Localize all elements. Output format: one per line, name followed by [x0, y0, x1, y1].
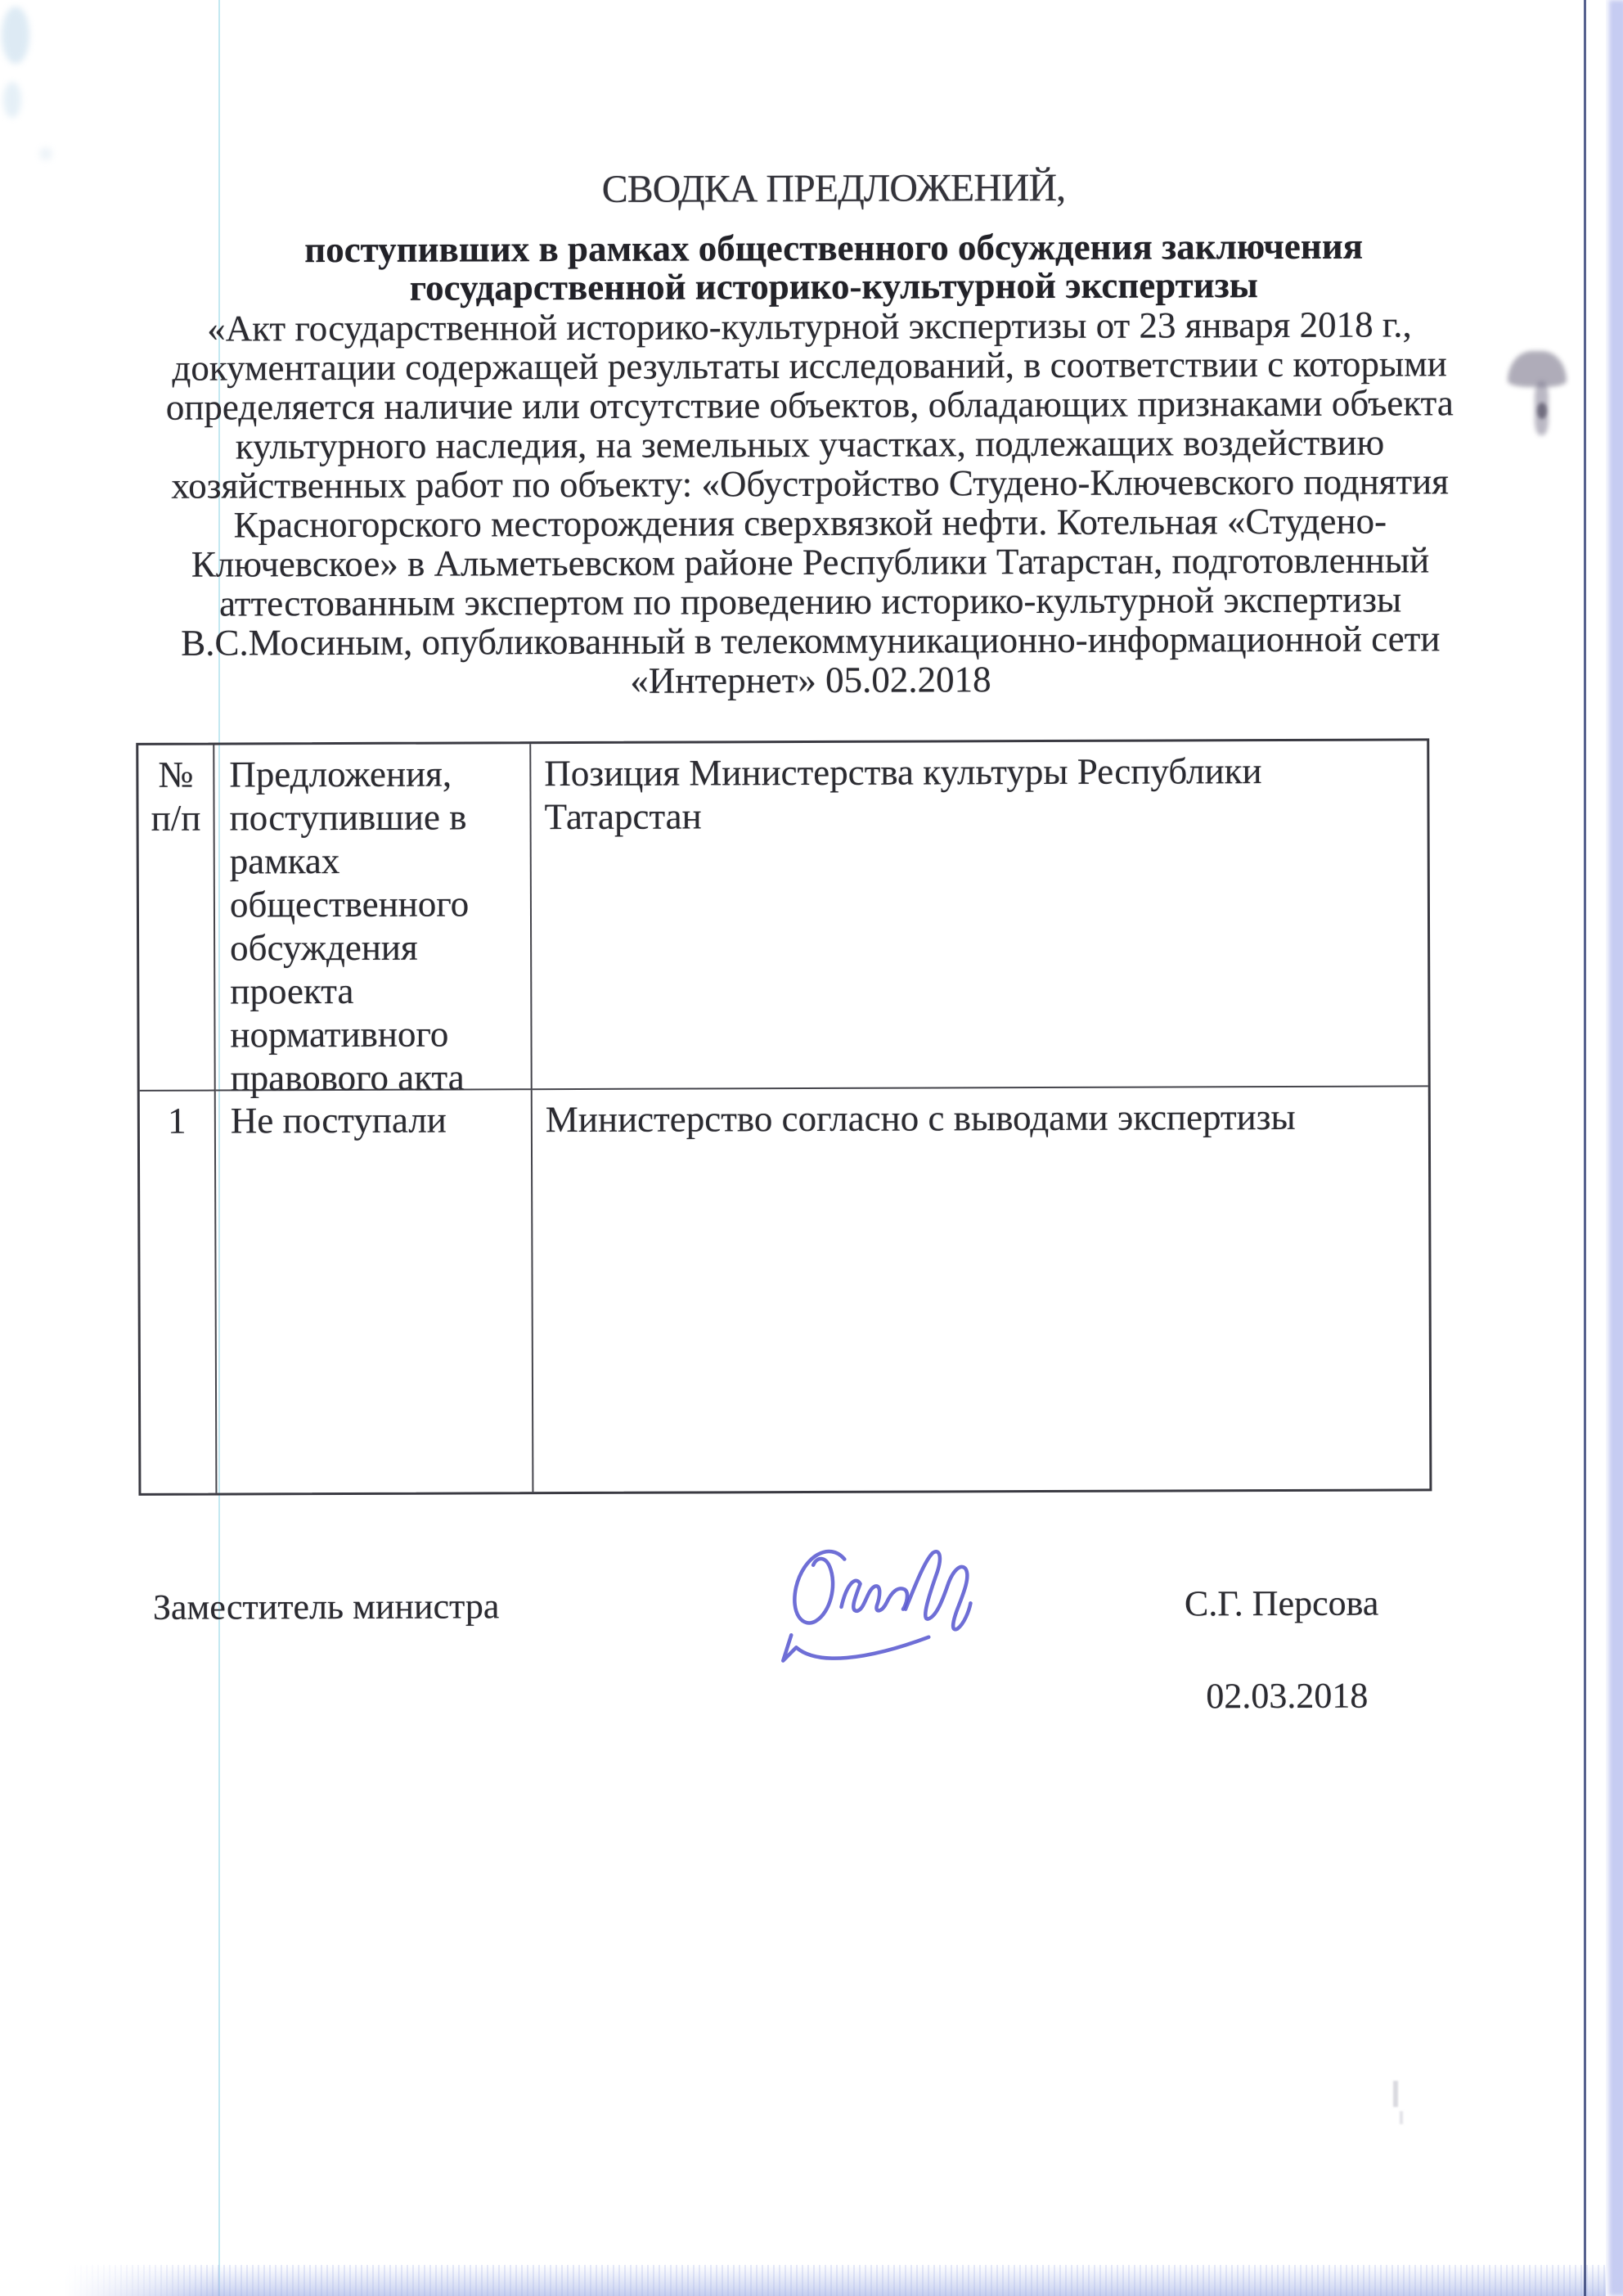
- table-header-position: Позиция Министерства культуры Республики…: [531, 741, 1427, 1090]
- scan-artifact-right-band: [1606, 0, 1623, 2296]
- intro-line: аттестованным экспертом по проведению ис…: [0, 579, 1622, 624]
- scan-artifact-bottom-fade: [0, 2262, 213, 2296]
- scanned-document-page: СВОДКА ПРЕДЛОЖЕНИЙ, поступивших в рамках…: [0, 0, 1623, 2296]
- signer-name: С.Г. Персова: [1185, 1582, 1379, 1625]
- table-row-num: 1: [140, 1092, 218, 1493]
- page-title: СВОДКА ПРЕДЛОЖЕНИЙ,: [22, 163, 1623, 214]
- signer-title: Заместитель министра: [153, 1585, 500, 1627]
- document-subtitle: поступивших в рамках общественного обсуж…: [22, 226, 1623, 308]
- intro-line: Ключевское» в Альметьевском районе Респу…: [0, 540, 1622, 585]
- scan-artifact-bottom-band: [0, 2265, 1623, 2296]
- table-row-position: Министерство согласно с выводами эксперт…: [533, 1087, 1430, 1492]
- table-header-proposals: Предложения, поступившие в рамках общест…: [214, 744, 532, 1091]
- intro-line: В.С.Мосиным, опубликованный в телекоммун…: [0, 619, 1622, 664]
- signature-date: 02.03.2018: [1206, 1675, 1368, 1717]
- document-content: СВОДКА ПРЕДЛОЖЕНИЙ, поступивших в рамках…: [0, 0, 1623, 2296]
- intro-line: документации содержащей результаты иссле…: [0, 344, 1621, 389]
- subtitle-line: государственной историко-культурной эксп…: [22, 264, 1623, 308]
- document-intro-paragraph: «Акт государственной историко-культурной…: [0, 304, 1622, 703]
- intro-line: определяется наличие или отсутствие объе…: [0, 383, 1621, 428]
- proposals-table: № п/п Предложения, поступившие в рамках …: [136, 738, 1432, 1496]
- intro-line: культурного наследия, на земельных участ…: [0, 422, 1621, 467]
- subtitle-line: поступивших в рамках общественного обсуж…: [22, 226, 1623, 270]
- scan-artifact-navy-line: [1584, 0, 1586, 2296]
- intro-line: Красногорского месторождения сверхвязкой…: [0, 501, 1621, 546]
- intro-line: хозяйственных работ по объекту: «Обустро…: [0, 461, 1621, 506]
- intro-line: «Интернет» 05.02.2018: [0, 658, 1622, 703]
- handwritten-signature-icon: [766, 1537, 1038, 1672]
- table-header-num: № п/п: [138, 745, 215, 1092]
- intro-line: «Акт государственной историко-культурной…: [0, 304, 1621, 349]
- table-row-proposals: Не поступали: [216, 1090, 534, 1492]
